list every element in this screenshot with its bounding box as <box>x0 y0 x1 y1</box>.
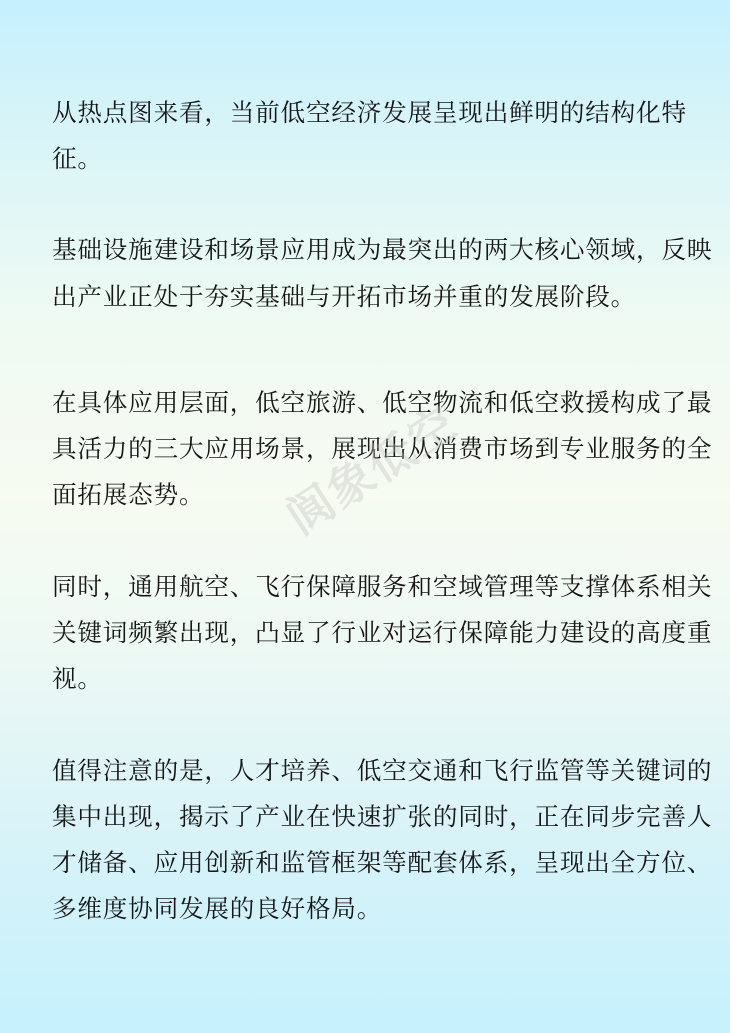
text-line: 出产业正处于夯实基础与开拓市场并重的发展阶段。 <box>52 282 636 312</box>
text-line: 值得注意的是，人才培养、低空交通和飞行监管等关键词的 <box>52 756 712 786</box>
text-line: 视。 <box>52 664 103 694</box>
text-line: 在具体应用层面，低空旅游、低空物流和低空救援构成了最 <box>52 388 712 418</box>
text-line: 关键词频繁出现，凸显了行业对运行保障能力建设的高度重 <box>52 618 712 648</box>
text-line: 征。 <box>52 144 103 174</box>
text-line: 集中出现，揭示了产业在快速扩张的同时，正在同步完善人 <box>52 802 712 832</box>
text-line: 多维度协同发展的良好格局。 <box>52 894 382 924</box>
text-line: 具活力的三大应用场景，展现出从消费市场到专业服务的全 <box>52 434 712 464</box>
text-line: 同时，通用航空、飞行保障服务和空域管理等支撑体系相关 <box>52 572 712 602</box>
text-line: 面拓展态势。 <box>52 480 204 510</box>
text-line: 从热点图来看，当前低空经济发展呈现出鲜明的结构化特 <box>52 98 687 128</box>
text-line: 基础设施建设和场景应用成为最突出的两大核心领域，反映 <box>52 235 712 265</box>
text-line: 才储备、应用创新和监管框架等配套体系，呈现出全方位、 <box>52 848 712 878</box>
